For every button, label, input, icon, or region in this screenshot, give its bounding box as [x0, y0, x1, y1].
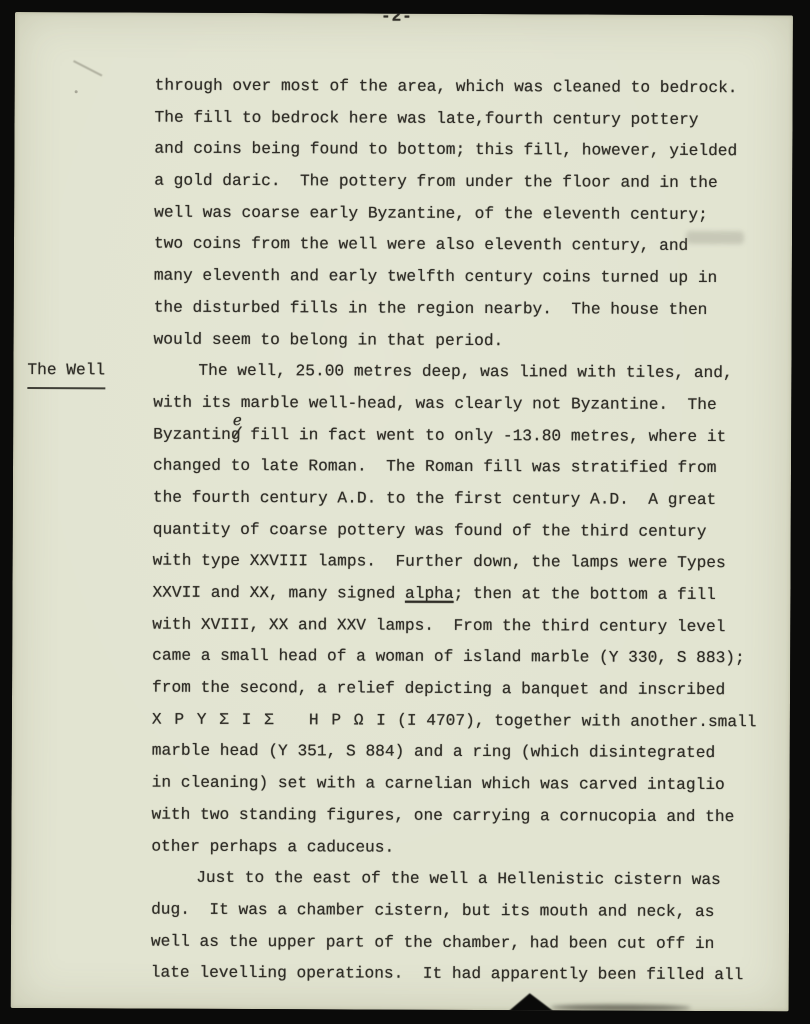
text-segment: with two standing figures, one carrying … [151, 805, 734, 826]
text-line: marble head (Y 351, S 884) and a ring (w… [152, 736, 777, 770]
margin-heading: The Well [27, 355, 105, 389]
bottom-edge-smudge [551, 1004, 691, 1011]
text-line: a gold daric. The pottery from under the… [154, 166, 779, 200]
paper-tear-notch [509, 993, 554, 1011]
text-line: well as the upper part of the chamber, h… [151, 926, 776, 960]
text-segment: well as the upper part of the chamber, h… [151, 932, 714, 952]
text-line: through over most of the area, which was… [155, 71, 780, 105]
text-segment: the disturbed fills in the region nearby… [154, 298, 708, 318]
pencil-smudge [73, 60, 102, 76]
text-segment: through over most of the area, which was… [155, 77, 738, 98]
text-line: in cleaning) set with a carnelian which … [152, 768, 777, 802]
text-segment: fill in fact went to only -13.80 metres,… [241, 426, 727, 446]
text-line: the fourth century A.D. to the first cen… [153, 483, 778, 517]
text-line: The fill to bedrock here was late,fourth… [154, 102, 779, 136]
text-segment: The well, 25.00 metres deep, was lined w… [198, 362, 732, 382]
text-segment: the fourth century A.D. to the first cen… [153, 489, 716, 509]
page-number: -2- [381, 12, 413, 26]
text-segment: quantity of coarse pottery was found of … [153, 520, 707, 540]
erased-text-ghost [686, 231, 744, 244]
pencil-smudge-dot [75, 90, 78, 93]
text-line: Just to the east of the well a Hellenist… [151, 863, 776, 897]
text-segment: and coins being found to bottom; this fi… [154, 140, 737, 161]
text-segment: late levelling operations. It had appare… [151, 964, 744, 985]
text-line: came a small head of a woman of island m… [152, 641, 777, 675]
text-segment: XXVII and XX, many signed [152, 584, 405, 603]
text-line: The well, 25.00 metres deep, was lined w… [153, 356, 778, 390]
typo-correction: eg/ [231, 420, 241, 452]
text-line: XXVII and XX, many signed alpha; then at… [152, 578, 777, 612]
paper: -2- The Well through over most of the ar… [11, 12, 793, 1011]
text-line: Byzantineg/ fill in fact went to only -1… [153, 419, 778, 453]
text-line: and coins being found to bottom; this fi… [154, 134, 779, 168]
text-segment: from the second, a relief depicting a ba… [152, 679, 725, 700]
text-line: the disturbed fills in the region nearby… [154, 292, 779, 326]
text-line: late levelling operations. It had appare… [151, 958, 776, 992]
text-segment: two coins from the well were also eleven… [154, 235, 688, 255]
text-segment: with XVIII, XX and XXV lamps. From the t… [152, 615, 725, 636]
text-segment: well was coarse early Byzantine, of the … [154, 203, 708, 223]
text-line: dug. It was a chamber cistern, but its m… [151, 894, 776, 928]
text-segment: a gold daric. The pottery from under the… [154, 172, 717, 192]
text-line: changed to late Roman. The Roman fill wa… [153, 451, 778, 485]
text-segment: marble head (Y 351, S 884) and a ring (w… [152, 742, 715, 762]
text-segment: changed to late Roman. The Roman fill wa… [153, 457, 716, 477]
text-line: with type XXVIII lamps. Further down, th… [153, 546, 778, 580]
text-segment: came a small head of a woman of island m… [152, 647, 745, 668]
greek-text: Χ Ρ Υ Σ Ι Σ Η Ρ Ω Ι [152, 710, 388, 729]
text-line: quantity of coarse pottery was found of … [153, 514, 778, 548]
typewritten-text: through over most of the area, which was… [151, 71, 780, 993]
text-segment: would seem to belong in that period. [154, 330, 504, 350]
text-line: would seem to belong in that period. [154, 324, 779, 358]
scan-background: -2- The Well through over most of the ar… [0, 0, 810, 1024]
text-line: with its marble well-head, was clearly n… [153, 387, 778, 421]
text-segment: many eleventh and early twelfth century … [154, 267, 717, 287]
text-segment: Just to the east of the well a Hellenist… [196, 869, 721, 889]
underline-text: alpha [405, 585, 454, 603]
text-line: with two standing figures, one carrying … [151, 799, 776, 833]
text-segment: other perhaps a caduceus. [151, 837, 394, 856]
text-line: from the second, a relief depicting a ba… [152, 673, 777, 707]
text-line: Χ Ρ Υ Σ Ι Σ Η Ρ Ω Ι (I 4707), together w… [152, 704, 777, 738]
text-segment: Byzantin [153, 425, 231, 443]
text-segment: with type XXVIII lamps. Further down, th… [153, 552, 726, 573]
text-line: many eleventh and early twelfth century … [154, 261, 779, 295]
text-segment: The fill to bedrock here was late,fourth… [155, 108, 699, 128]
text-segment: (I 4707), together with another.small [387, 711, 756, 731]
text-line: well was coarse early Byzantine, of the … [154, 197, 779, 231]
text-line: other perhaps a caduceus. [151, 831, 776, 865]
text-line: with XVIII, XX and XXV lamps. From the t… [152, 609, 777, 643]
text-segment: ; then at the bottom a fill [454, 585, 716, 604]
text-segment: dug. It was a chamber cistern, but its m… [151, 900, 714, 920]
text-segment: in cleaning) set with a carnelian which … [152, 774, 725, 795]
